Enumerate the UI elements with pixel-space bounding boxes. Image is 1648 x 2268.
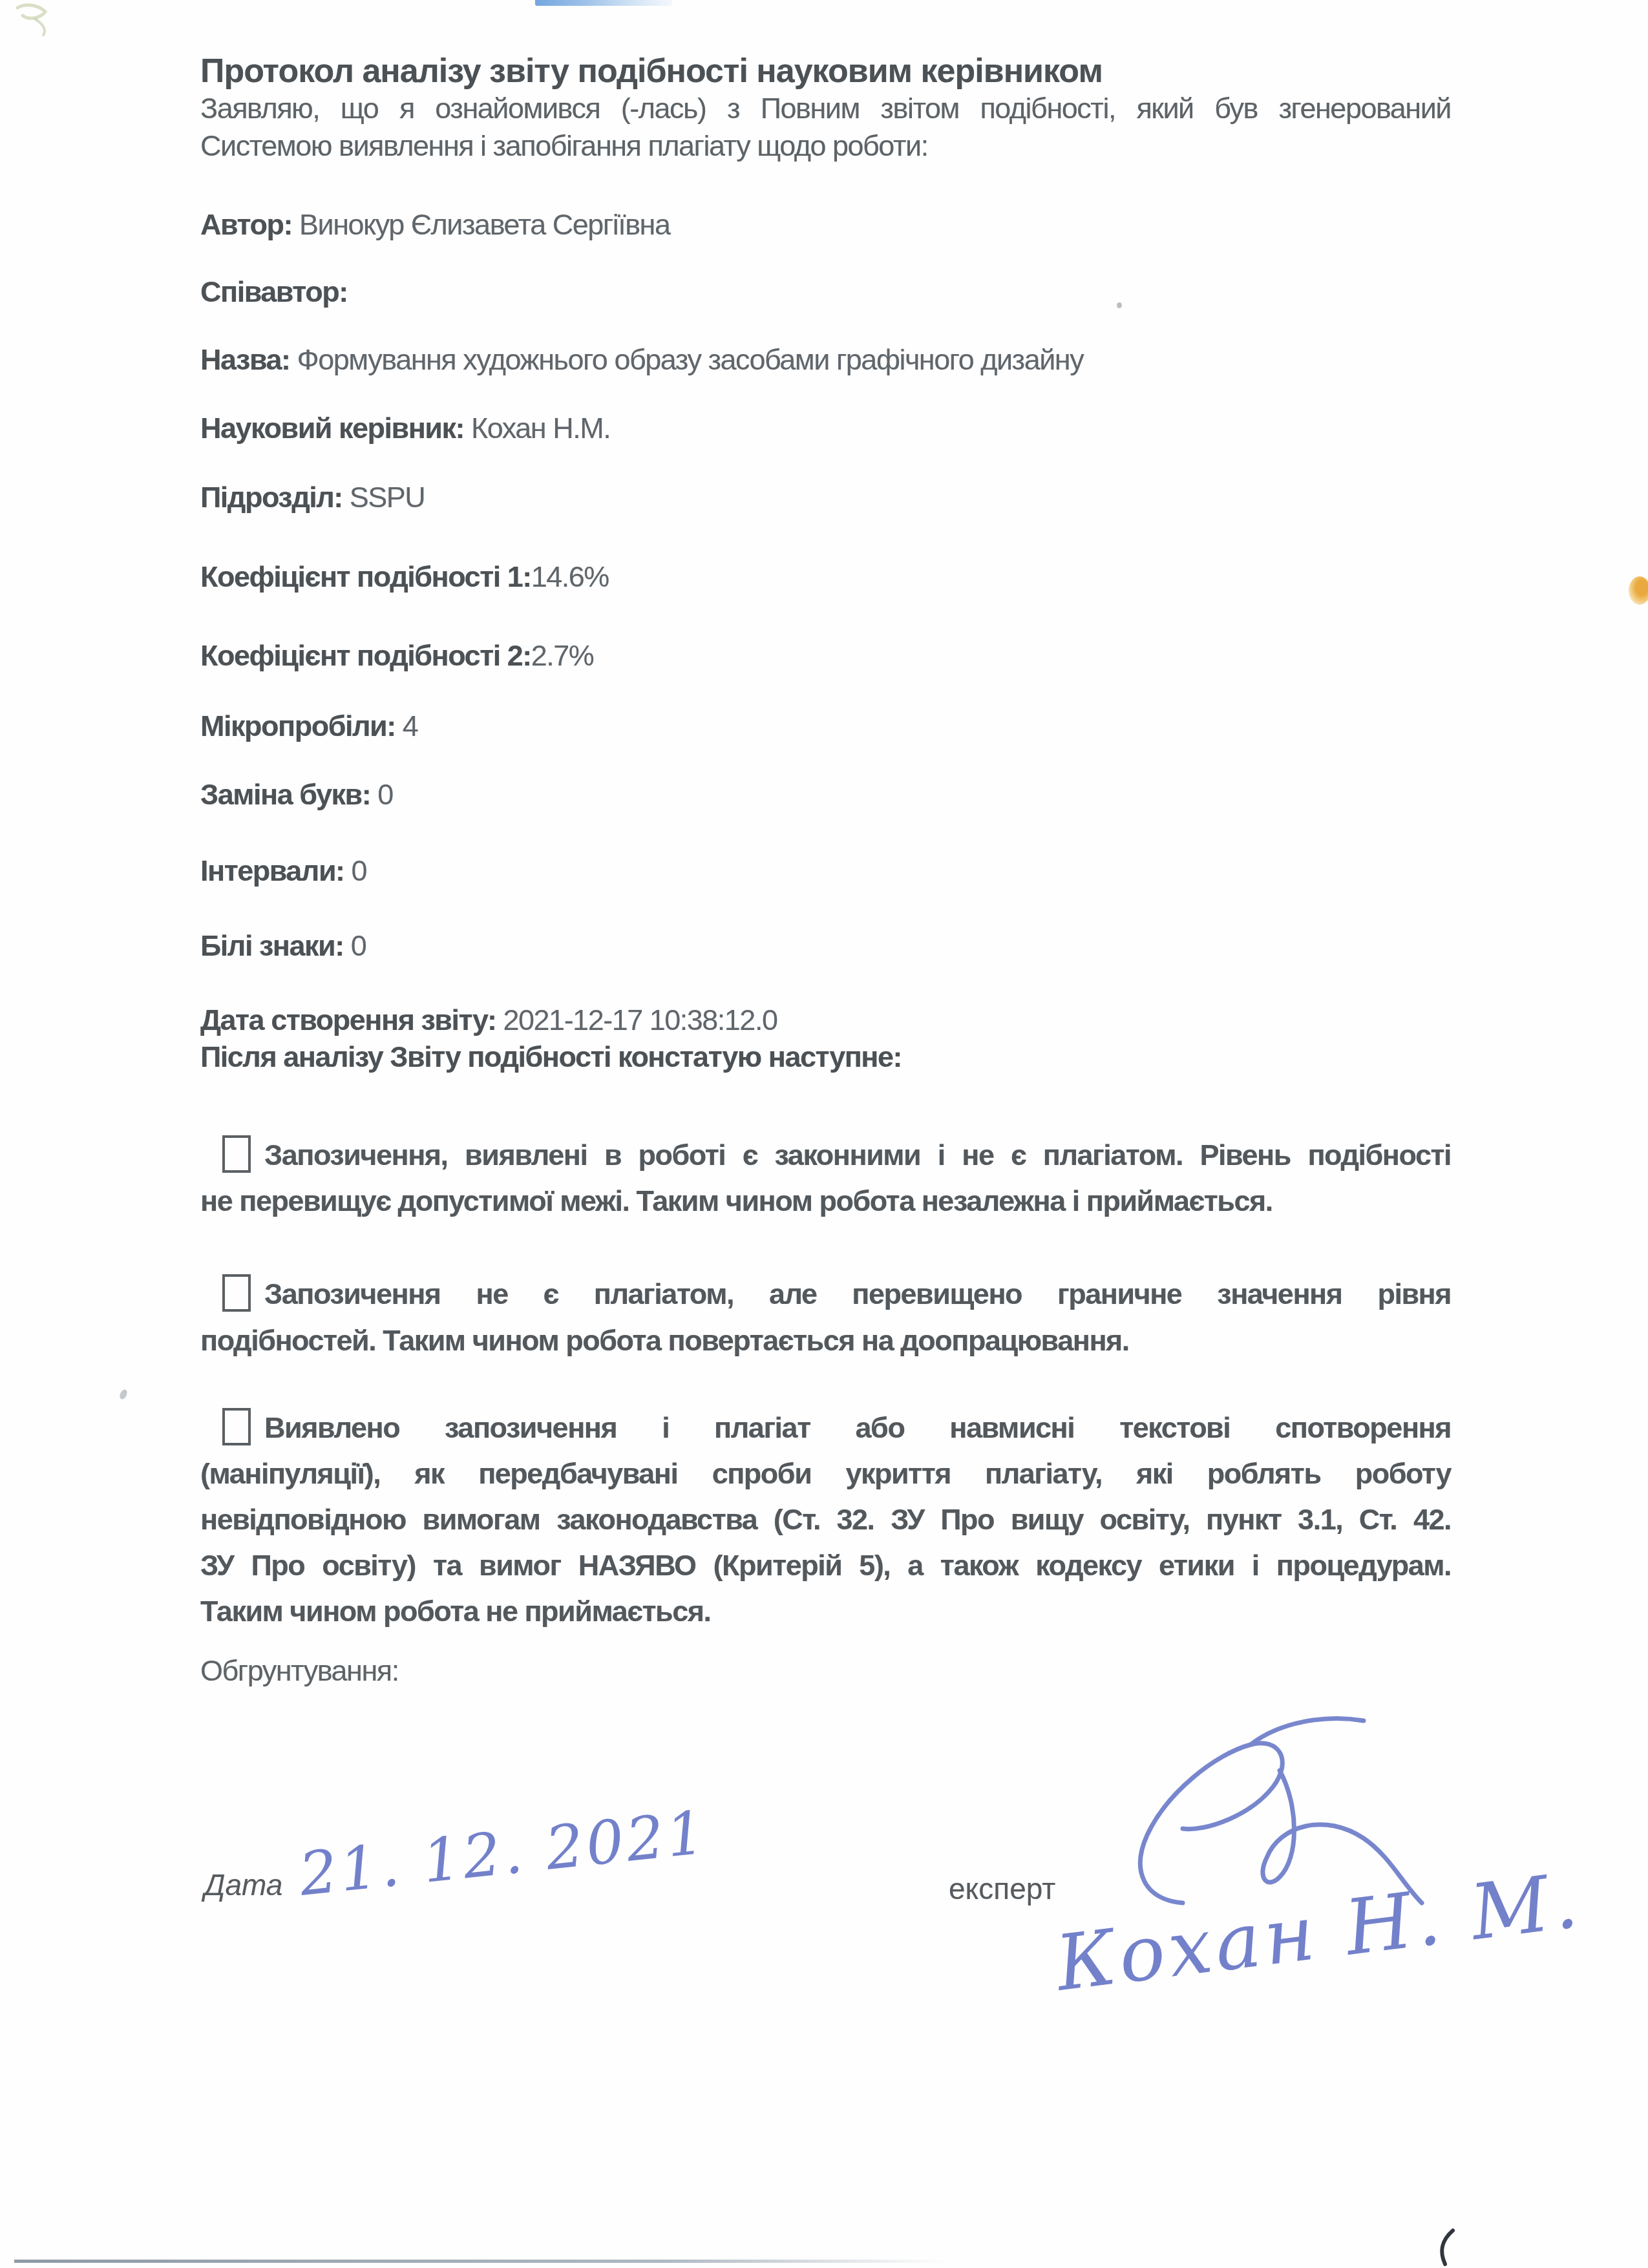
field-author-value: Винокур Єлизавета Сергіївна [299,208,670,241]
date-label: Дата [204,1867,282,1902]
option-2-line-1: Запозичення не є плагіатом, але перевище… [200,1271,1451,1317]
field-work-title-value: Формування художнього образу засобами гр… [297,343,1084,376]
option-1-line-1: Запозичення, виявлені в роботі є законни… [200,1132,1451,1178]
svg-text:21. 12. 2021: 21. 12. 2021 [295,1798,710,1909]
field-letter-substitution: Заміна букв: 0 [200,775,1451,814]
field-intervals: Інтервали: 0 [200,852,1451,890]
field-coauthor-label: Співавтор: [200,275,355,308]
option-2-checkbox[interactable] [222,1274,251,1312]
field-similarity-2-value: 2.7% [531,639,594,672]
handwritten-date: 21. 12. 2021 [294,1819,708,1935]
field-microspaces-label: Мікропробіли: [200,709,403,742]
field-report-date-label: Дата створення звіту: [200,1003,503,1036]
field-supervisor-label: Науковий керівник: [200,412,471,445]
field-similarity-1: Коефіцієнт подібності 1:14.6% [200,558,1451,596]
field-supervisor-value: Кохан Н.М. [471,412,610,445]
field-microspaces-value: 4 [403,709,418,742]
field-letter-substitution-value: 0 [377,778,393,811]
option-3-line-1: Виявлено запозичення і плагіат або навми… [200,1405,1451,1451]
scanned-protocol-page: Протокол аналізу звіту подібності науков… [0,0,1648,2268]
option-3-line-4: ЗУ Про освіту) та вимог НАЗЯВО (Критерій… [200,1542,1451,1588]
option-3-line-5: Таким чином робота не приймається. [200,1588,1451,1634]
scan-strip-top [535,0,672,6]
field-work-title-label: Назва: [200,343,297,376]
scan-smudge-top-left [10,1,68,40]
page-title: Протокол аналізу звіту подібності науков… [200,52,1451,90]
scan-dot-right-edge [1629,576,1648,605]
statement-intro: Після аналізу Звіту подібності констатую… [200,1038,1451,1076]
field-similarity-2-label: Коефіцієнт подібності 2: [200,639,531,672]
field-similarity-2: Коефіцієнт подібності 2:2.7% [200,636,1451,675]
field-intervals-label: Інтервали: [200,854,352,887]
field-unit-value: SSPU [350,481,425,514]
field-letter-substitution-label: Заміна букв: [200,778,377,811]
option-1-line-2: не перевищує допустимої межі. Таким чино… [200,1178,1451,1224]
option-3-line-3: невідповідною вимогам законодавства (Ст.… [200,1496,1451,1542]
option-1-text: Запозичення, виявлені в роботі є законни… [264,1139,1451,1171]
field-supervisor: Науковий керівник: Кохан Н.М. [200,409,1451,448]
field-similarity-1-label: Коефіцієнт подібності 1: [200,560,531,593]
field-white-signs-label: Білі знаки: [200,929,351,962]
field-similarity-1-value: 14.6% [531,560,609,593]
field-report-date-value: 2021-12-17 10:38:12.0 [503,1003,777,1036]
field-microspaces: Мікропробіли: 4 [200,707,1451,746]
expert-signature-name: Кохан Н. М. [1053,1893,1558,2035]
option-3-checkbox[interactable] [222,1408,251,1445]
option-2-line-2: подібностей. Таким чином робота повертає… [200,1318,1451,1363]
expert-label: експерт [949,1871,1055,1906]
field-author: Автор: Винокур Єлизавета Сергіївна [200,205,1451,244]
field-white-signs-value: 0 [351,929,366,962]
scan-speck [118,1389,129,1401]
option-3-text: Виявлено запозичення і плагіат або навми… [264,1411,1451,1444]
option-1-checkbox[interactable] [222,1135,251,1173]
field-coauthor: Співавтор: [200,273,1451,311]
field-author-label: Автор: [200,208,299,241]
option-3-line-2: (маніпуляції), як передбачувані спроби у… [200,1451,1451,1496]
field-intervals-value: 0 [352,854,367,887]
field-report-date: Дата створення звіту: 2021-12-17 10:38:1… [200,1001,1451,1040]
field-work-title: Назва: Формування художнього образу засо… [200,341,1451,379]
field-unit-label: Підрозділ: [200,481,350,514]
option-2-text: Запозичення не є плагіатом, але перевище… [264,1277,1451,1310]
field-white-signs: Білі знаки: 0 [200,927,1451,965]
scan-line-bottom [14,2260,945,2263]
intro-line-1: Заявляю, що я ознайомився (-лась) з Повн… [200,89,1451,128]
field-unit: Підрозділ: SSPU [200,478,1451,517]
scan-curl-bottom-right [1436,2228,1459,2267]
justification-label: Обгрунтування: [200,1652,1451,1690]
intro-line-2: Системою виявлення і запобігання плагіат… [200,127,1451,165]
